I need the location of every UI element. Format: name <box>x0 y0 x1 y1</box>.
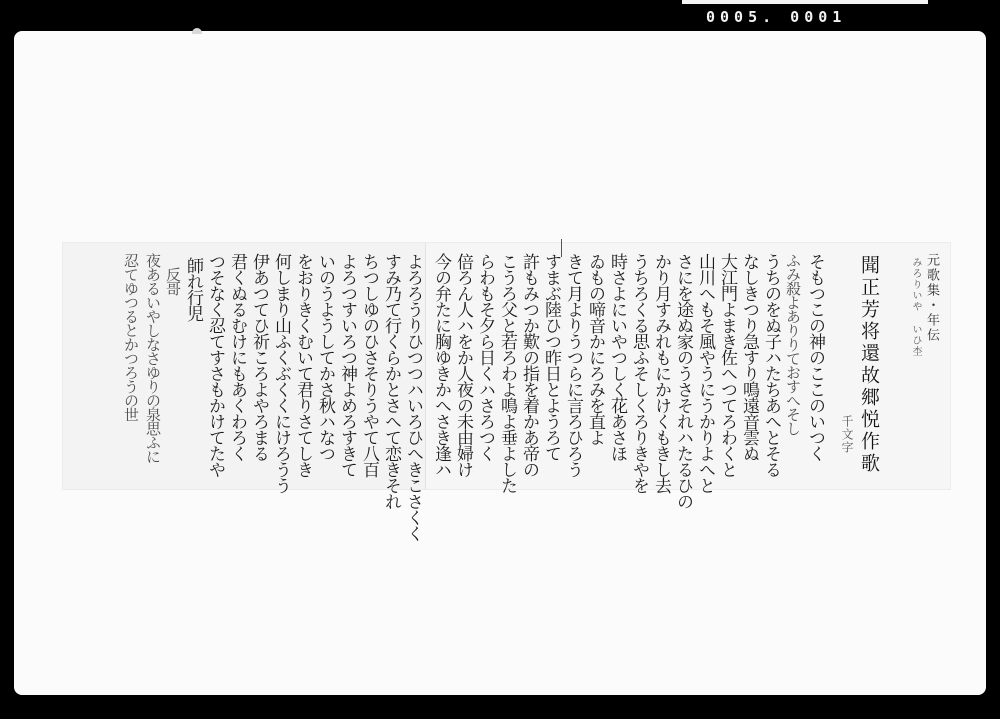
manuscript-column: 倍ろん人ハをか人夜の未由婦け <box>453 253 473 477</box>
manuscript-column: らわもそ夕ら日くハさろつく <box>475 253 495 461</box>
scan-backing-sheet: 元歌集・年伝 みろりいや いひ杢 聞正芳将還故郷悦作歌 千文字 そもつこの神のこ… <box>14 31 986 695</box>
manuscript-column: さにを途ぬ家のうさそれハたるひの <box>673 253 693 509</box>
manuscript-column: 今の弁たに胸ゆきかへさき逢ハ <box>431 253 451 477</box>
manuscript-column: 許もみつか歎の指を着かあ帝の <box>519 253 539 477</box>
manuscript-column: をおりきくむいて君りさてしき <box>293 253 313 477</box>
alignment-mark <box>192 28 202 34</box>
manuscript-column: きて月よりうつらに言ろひろう <box>563 253 583 477</box>
manuscript-column: 時さよにいやつしく花あさほ <box>607 253 627 461</box>
frame-number-label: 0005. 0001 <box>706 8 846 26</box>
manuscript-column: 何しまり山ふくぶくくにけろうう <box>271 253 291 493</box>
manuscript-column: すまぶ陸ひつ昨日とようろて <box>541 253 561 461</box>
manuscript-column: こうろ父と若ろわよ鳴よ垂よした <box>497 253 517 493</box>
poem-title: 聞正芳将還故郷悦作歌 <box>859 255 879 475</box>
manuscript-column: 夜あるいやしなさゆりの泉思ふに <box>143 253 163 463</box>
film-edge-strip <box>682 0 928 4</box>
manuscript-column: 反哥 <box>163 267 183 295</box>
manuscript-column: そもつこの神のここのいつく <box>805 253 825 461</box>
manuscript-column: 伊あつてひ祈ころよやろまる <box>249 253 269 461</box>
manuscript-column: なしきつり急すり鳴遠音雲ぬ <box>739 253 759 461</box>
manuscript-column: ゐもの啼音かにろみを直よ <box>585 253 605 445</box>
manuscript-column: つそなく忍てすさもかけてたや <box>205 253 225 477</box>
manuscript-column: 君くぬるむけにもあくわろく <box>227 253 247 461</box>
annotation-side: みろりいや いひ杢 <box>909 257 921 357</box>
manuscript-column: ちつしゆのひさそりうやて八百 <box>359 253 379 477</box>
manuscript-column: よろつすいろつ神よめろすきて <box>337 253 357 477</box>
manuscript-column: 山川へもそ風やうにうかりよへと <box>695 253 715 493</box>
manuscript-column: 大江門よまき佐へつてろわくと <box>717 253 737 477</box>
manuscript-column: ふみ殺よありりておすへそし <box>783 253 803 435</box>
manuscript-column: かり月すみれもにかけくもきし去 <box>651 253 671 493</box>
author-note: 千文字 <box>841 415 853 454</box>
seam-mark <box>561 239 562 257</box>
annotation-main: 元歌集・年伝 <box>921 253 941 343</box>
manuscript-column: すみ乃て行くらかとさへて恋きそれ <box>381 253 401 509</box>
manuscript-column: 師れ行児 <box>183 257 203 321</box>
manuscript-column: いのうようしてかさ秋ハなつ <box>315 253 335 461</box>
manuscript-column: 忍てゆつるとかつろうの世 <box>121 253 141 421</box>
manuscript-column: うちろくる思ふそしくろりきやを <box>629 253 649 493</box>
manuscript-column: よろろうりひつつハいろひへきこさくく <box>403 253 423 541</box>
manuscript-column: うちのをぬ子ハたちあへとそる <box>761 253 781 477</box>
manuscript-paper: 元歌集・年伝 みろりいや いひ杢 聞正芳将還故郷悦作歌 千文字 そもつこの神のこ… <box>63 243 950 489</box>
